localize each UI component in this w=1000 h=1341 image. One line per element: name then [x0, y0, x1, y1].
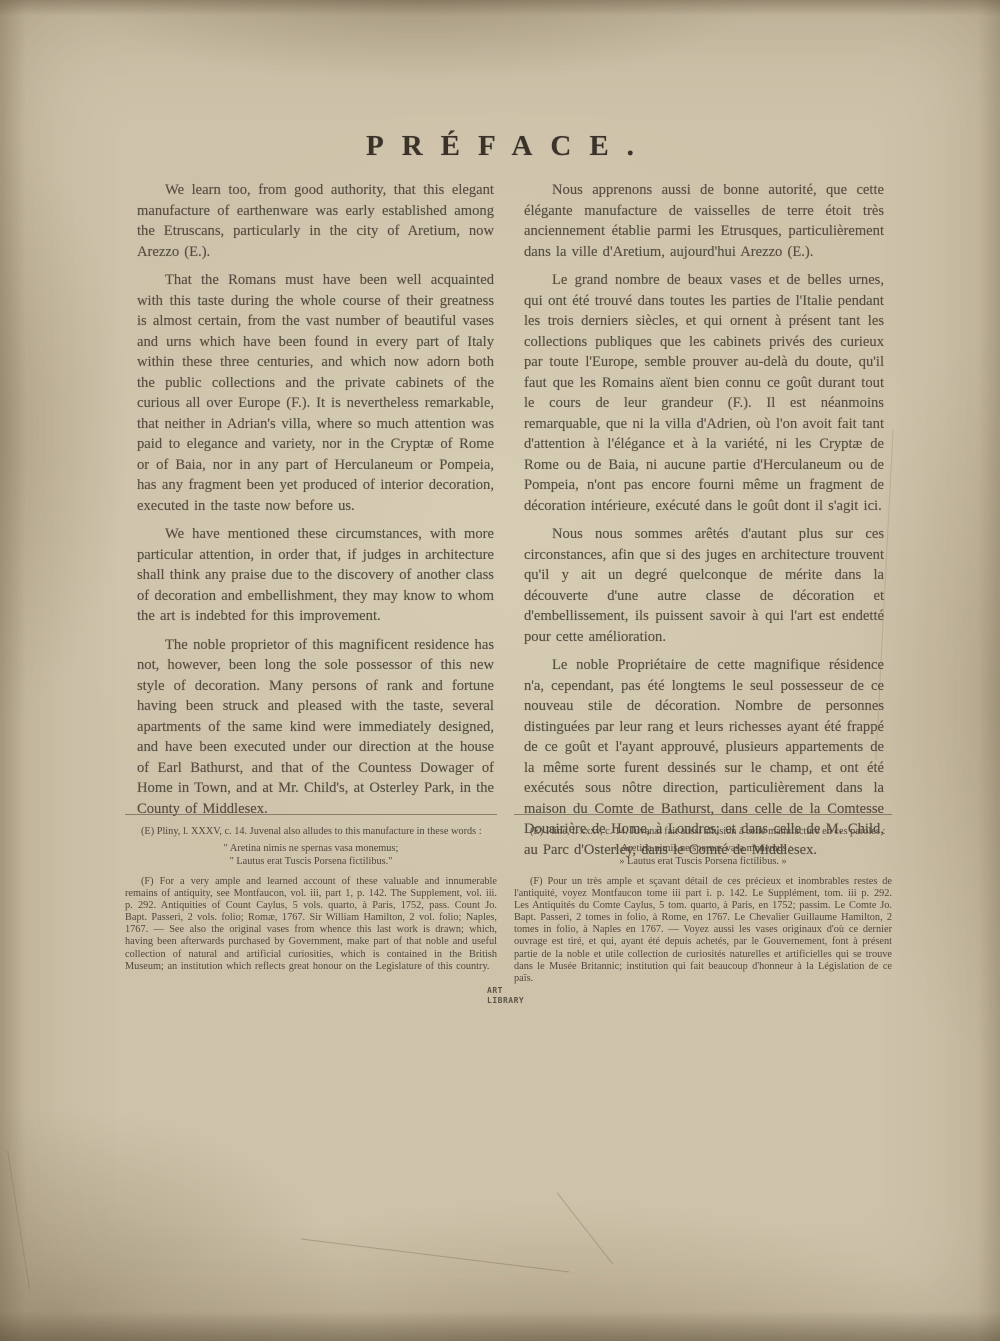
english-paragraph-2: That the Romans must have been well acqu…: [137, 270, 494, 516]
library-stamp-line-2: LIBRARY: [487, 996, 524, 1006]
footnote-e-french: (E) Pline, l. xxxv, c. 14. Juvenal fait …: [514, 825, 892, 838]
paper-crease: [7, 1151, 30, 1289]
english-column: We learn too, from good authority, that …: [137, 180, 494, 827]
french-paragraph-3: Nous nous sommes arêtés d'autant plus su…: [524, 524, 884, 647]
page-title: PRÉFACE.: [0, 130, 1000, 163]
english-footnotes: (E) Pliny, l. XXXV, c. 14. Juvenal also …: [125, 814, 497, 973]
french-footnotes: (E) Pline, l. xxxv, c. 14. Juvenal fait …: [514, 814, 892, 985]
footnote-f-french: (F) Pour un très ample et sçavant détail…: [514, 876, 892, 985]
footnote-e-french-verse-2: » Lautus erat Tuscis Porsena fictilibus.…: [514, 855, 892, 868]
footnote-rule-left: [125, 814, 497, 815]
library-stamp: ART LIBRARY: [487, 986, 524, 1006]
english-paragraph-4: The noble proprietor of this magnificent…: [137, 635, 494, 820]
footnote-f-english: (F) For a very ample and learned account…: [125, 876, 497, 973]
french-paragraph-2: Le grand nombre de beaux vases et de bel…: [524, 270, 884, 516]
french-paragraph-1: Nous apprenons aussi de bonne autorité, …: [524, 180, 884, 262]
french-column: Nous apprenons aussi de bonne autorité, …: [524, 180, 884, 868]
library-stamp-line-1: ART: [487, 986, 524, 996]
paper-crease: [301, 1239, 569, 1273]
footnote-e-english-verse-2: " Lautus erat Tuscis Porsena fictilibus.…: [125, 855, 497, 868]
scanned-book-page: PRÉFACE. We learn too, from good authori…: [0, 0, 1000, 1341]
footnote-e-english: (E) Pliny, l. XXXV, c. 14. Juvenal also …: [125, 825, 497, 838]
paper-crease: [557, 1193, 613, 1265]
footnote-e-english-verse-1: " Aretina nimis ne spernas vasa monemus;: [125, 842, 497, 855]
footnote-rule-right: [514, 814, 892, 815]
footnote-e-french-verse-1: « Aretina nimis ne spernas vasa monemus …: [514, 842, 892, 855]
english-paragraph-3: We have mentioned these circumstances, w…: [137, 524, 494, 627]
english-paragraph-1: We learn too, from good authority, that …: [137, 180, 494, 262]
